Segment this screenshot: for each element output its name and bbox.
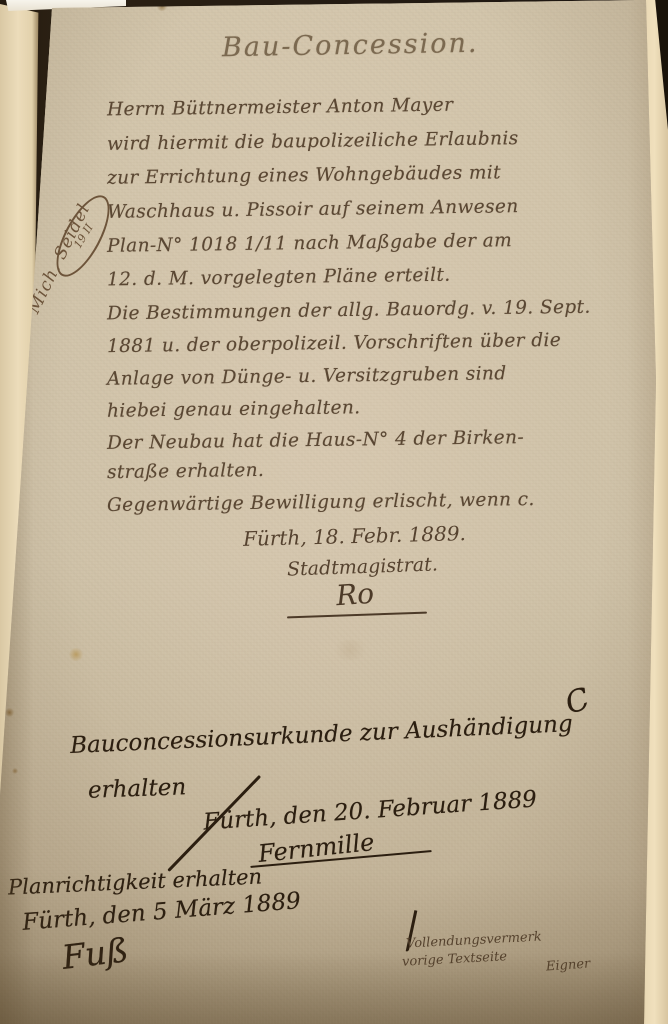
document-photo: Bau-Concession. Herrn Büttnermeister Ant… — [0, 0, 668, 1024]
document-page: Bau-Concession. Herrn Büttnermeister Ant… — [0, 0, 668, 1024]
photo-vignette — [0, 0, 668, 1024]
